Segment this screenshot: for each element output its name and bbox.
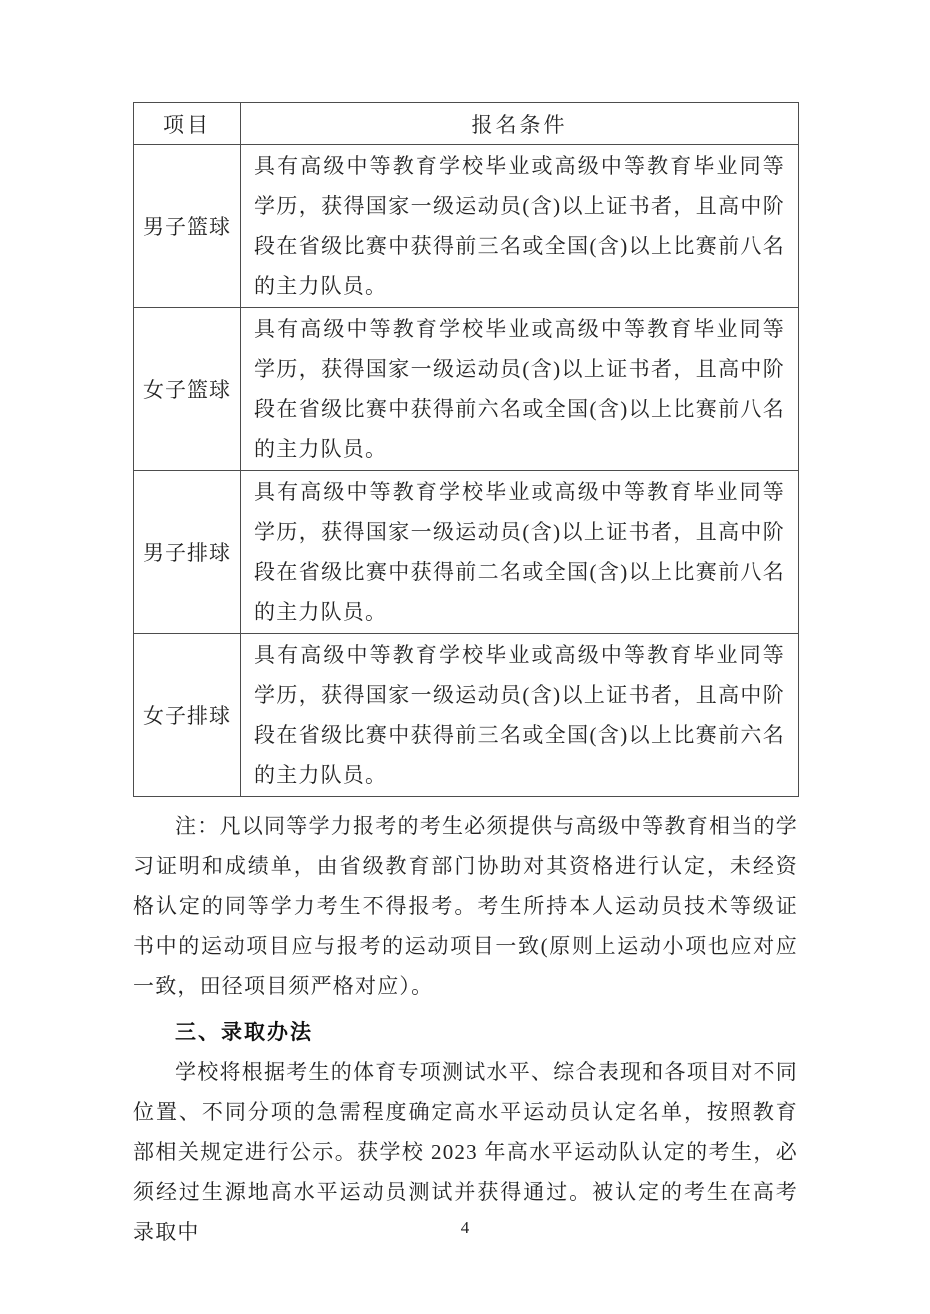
condition-text: 具有高级中等教育学校毕业或高级中等教育毕业同等学历，获得国家一级运动员(含)以上… [241,471,799,634]
table-row: 女子篮球 具有高级中等教育学校毕业或高级中等教育毕业同等学历，获得国家一级运动员… [134,308,799,471]
document-page: 项目 报名条件 男子篮球 具有高级中等教育学校毕业或高级中等教育毕业同等学历，获… [0,0,930,1314]
condition-text: 具有高级中等教育学校毕业或高级中等教育毕业同等学历，获得国家一级运动员(含)以上… [241,145,799,308]
condition-text: 具有高级中等教育学校毕业或高级中等教育毕业同等学历，获得国家一级运动员(含)以上… [241,634,799,797]
sport-name: 男子排球 [134,471,241,634]
table-row: 男子篮球 具有高级中等教育学校毕业或高级中等教育毕业同等学历，获得国家一级运动员… [134,145,799,308]
column-header-item: 项目 [134,103,241,145]
sport-name: 女子排球 [134,634,241,797]
table-header-row: 项目 报名条件 [134,103,799,145]
column-header-conditions: 报名条件 [241,103,799,145]
condition-text: 具有高级中等教育学校毕业或高级中等教育毕业同等学历，获得国家一级运动员(含)以上… [241,308,799,471]
table-row: 女子排球 具有高级中等教育学校毕业或高级中等教育毕业同等学历，获得国家一级运动员… [134,634,799,797]
page-number: 4 [0,1218,930,1238]
sport-name: 男子篮球 [134,145,241,308]
note-paragraph: 注：凡以同等学力报考的考生必须提供与高级中等教育相当的学习证明和成绩单，由省级教… [133,806,798,1006]
registration-conditions-table: 项目 报名条件 男子篮球 具有高级中等教育学校毕业或高级中等教育毕业同等学历，获… [133,102,799,797]
section-heading: 三、录取办法 [133,1012,798,1052]
sport-name: 女子篮球 [134,308,241,471]
table-row: 男子排球 具有高级中等教育学校毕业或高级中等教育毕业同等学历，获得国家一级运动员… [134,471,799,634]
